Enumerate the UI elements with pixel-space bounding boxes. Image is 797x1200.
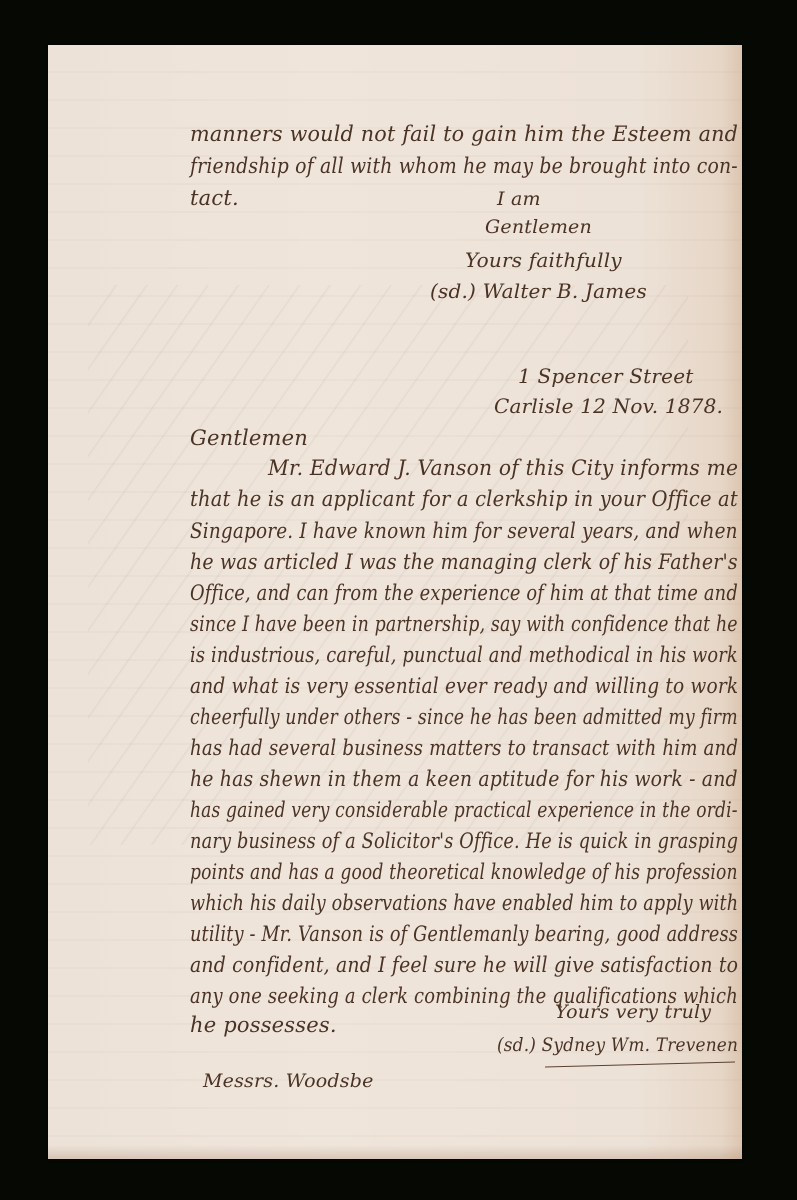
- body-line-7: is industrious, careful, punctual and me…: [190, 645, 738, 666]
- body-line-1: Mr. Edward J. Vanson of this City inform…: [268, 458, 738, 479]
- body-line-11: he has shewn in them a keen aptitude for…: [190, 769, 738, 790]
- first-letter-line-1: manners would not fail to gain him the E…: [190, 124, 738, 145]
- body-line-3: Singapore. I have known him for several …: [190, 521, 738, 542]
- first-letter-signature: (sd.) Walter B. James: [430, 281, 647, 301]
- body-line-15: which his daily observations have enable…: [190, 893, 738, 914]
- address-street: 1 Spencer Street: [518, 366, 693, 386]
- body-line-6: since I have been in partnership, say wi…: [190, 614, 738, 635]
- address-city-date: Carlisle 12 Nov. 1878.: [494, 396, 723, 416]
- addressee: Messrs. Woodsbe: [203, 1072, 374, 1091]
- body-line-8: and what is very essential ever ready an…: [190, 676, 738, 697]
- first-letter-line-3: tact.: [190, 188, 239, 209]
- body-line-19: he possesses.: [190, 1015, 337, 1036]
- body-line-2: that he is an applicant for a clerkship …: [190, 489, 738, 510]
- second-letter-signature: (sd.) Sydney Wm. Trevenen: [497, 1036, 738, 1055]
- first-letter-valediction-yours-faithfully: Yours faithfully: [465, 250, 622, 270]
- salutation: Gentlemen: [190, 428, 308, 449]
- second-letter-valediction: Yours very truly: [555, 1003, 711, 1022]
- first-letter-line-2: friendship of all with whom he may be br…: [190, 156, 738, 177]
- body-line-5: Office, and can from the experience of h…: [190, 583, 738, 604]
- body-line-12: has gained very considerable practical e…: [190, 800, 738, 821]
- body-line-13: nary business of a Solicitor's Office. H…: [190, 831, 738, 852]
- body-line-14: points and has a good theoretical knowle…: [190, 862, 738, 883]
- body-line-10: has had several business matters to tran…: [190, 738, 738, 759]
- body-line-17: and confident, and I feel sure he will g…: [190, 955, 738, 976]
- first-letter-valediction-i-am: I am: [497, 190, 541, 209]
- body-line-9: cheerfully under others - since he has b…: [190, 707, 738, 728]
- first-letter-valediction-gentlemen: Gentlemen: [485, 218, 592, 237]
- body-line-4: he was articled I was the managing clerk…: [190, 552, 738, 573]
- body-line-16: utility - Mr. Vanson is of Gentlemanly b…: [190, 924, 738, 945]
